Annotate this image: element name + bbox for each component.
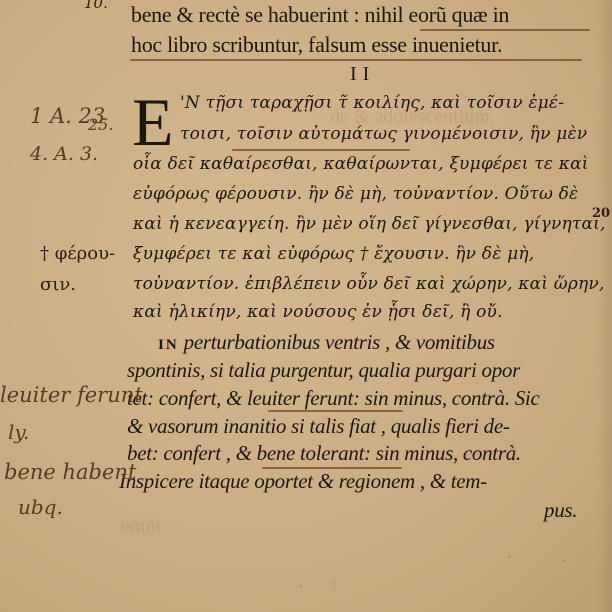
greek-line-3: οἷα δεῖ καθαίρεσθαι, καθαίρωνται, ξυμφέρ… (133, 154, 589, 174)
greek-line-8: καὶ ἡλικίην, καὶ νούσους ἐν ᾗσι δεῖ, ἢ ο… (133, 302, 503, 322)
handwritten-note-1: leuiter ferunt (0, 383, 143, 407)
handwritten-note-3: bene habent (4, 460, 136, 484)
handwritten-note-2: ly. (8, 420, 29, 444)
greek-line-7: τοὐναντίον. ἐπιβλέπειν οὖν δεῖ καὶ χώρην… (133, 274, 605, 294)
paper-speck (300, 585, 302, 587)
top-latin-line-2: hoc libro scribuntur, falsum esse inueni… (131, 32, 502, 58)
margin-ref-2: 25. (88, 115, 113, 134)
margin-greek-variant-2: σιν. (40, 274, 76, 295)
underline (130, 59, 582, 61)
latin-line-1: IN perturbationibus ventris , & vomitibu… (158, 330, 495, 355)
greek-line-4: εὐφόρως φέρουσιν. ἢν δὲ μὴ, τοὐναντίον. … (133, 184, 578, 204)
latin-line-4: & vasorum inanitio si talis fiat , quali… (127, 414, 510, 439)
margin-note-top: 10. (84, 0, 108, 12)
latin-line-1-text: perturbationibus ventris , & vomitibus (184, 330, 495, 354)
latin-line-3: tet: confert, & leuiter ferunt: sin minu… (127, 386, 540, 411)
latin-line-6: Inspicere itaque oportet & regionem , & … (119, 469, 487, 494)
aphorism-number: II (350, 63, 375, 86)
bleed-through-text: omni (120, 515, 161, 538)
greek-line-2: τοισι, τοῖσιν αὐτομάτως γινομένοισιν, ἢν… (180, 124, 587, 144)
paper-speck (508, 556, 510, 558)
underline (232, 149, 410, 151)
latin-line-5: bet: confert , & bene tolerant: sin minu… (127, 441, 521, 466)
underline (268, 410, 403, 412)
paper-speck (333, 583, 335, 585)
top-latin-line-1: bene & rectè se habuerint : nihil eorũ q… (131, 2, 509, 28)
margin-number-right: 20 (592, 206, 610, 221)
paper-speck (563, 560, 565, 562)
latin-lead: IN (158, 337, 179, 353)
drop-cap: E (132, 88, 174, 156)
handwritten-note-4: ubq. (18, 495, 63, 519)
greek-line-5: καὶ ἡ κενεαγγείη. ἢν μὲν οἵη δεῖ γίγνεσθ… (133, 214, 606, 234)
book-page: de & adolescentium, omni 10. bene & rect… (0, 0, 612, 612)
margin-greek-variant-1: † φέρου- (40, 243, 115, 264)
latin-line-7: pus. (544, 498, 577, 523)
greek-line-6: ξυμφέρει τε καὶ εὐφόρως † ἔχουσιν. ἢν δὲ… (133, 244, 534, 264)
underline (420, 29, 590, 31)
latin-line-2: spontinis, si talia purgentur, qualia pu… (127, 358, 520, 383)
margin-ref-3: 4. A. 3. (30, 143, 98, 165)
greek-line-1: 'Ν τῇσι ταραχῇσι τ̃ κοιλίης, καὶ τοῖσιν … (180, 93, 564, 113)
page-edge-shadow (598, 0, 612, 612)
